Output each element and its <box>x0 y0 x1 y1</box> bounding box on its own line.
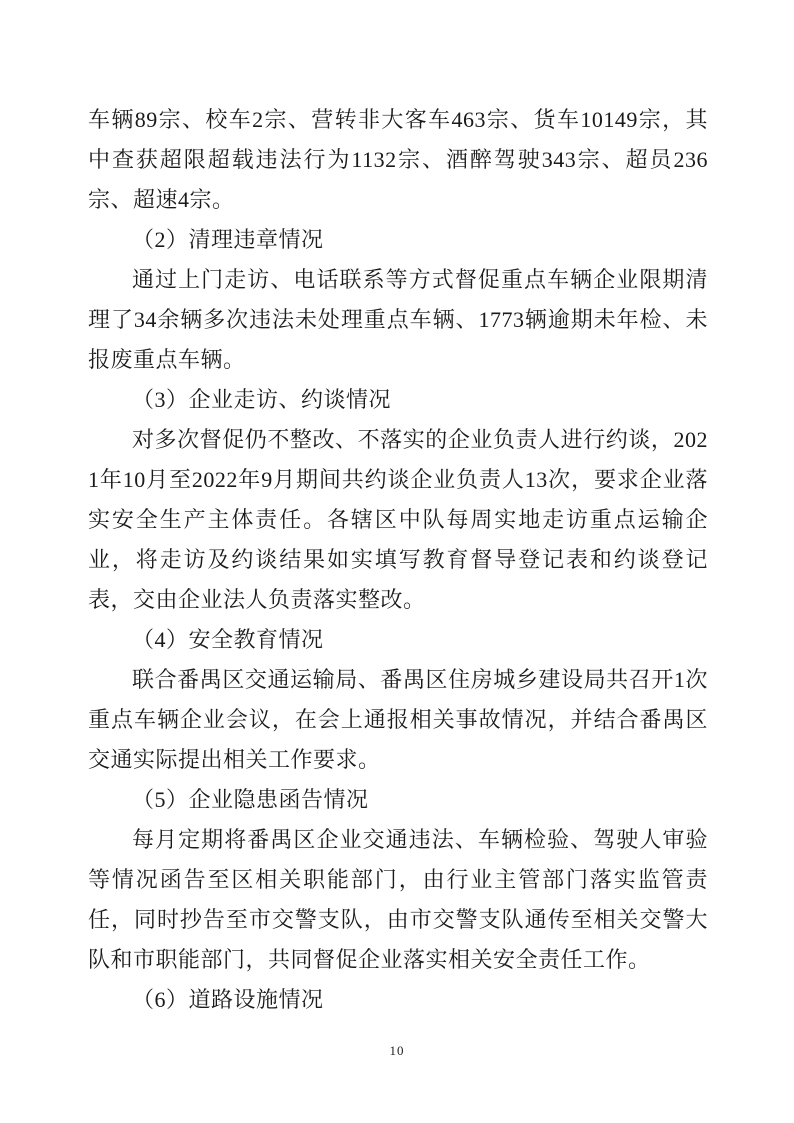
document-body: 车辆89宗、校车2宗、营转非大客车463宗、货车10149宗，其中查获超限超载违… <box>88 100 708 1020</box>
paragraph: 联合番禺区交通运输局、番禺区住房城乡建设局共召开1次重点车辆企业会议，在会上通报… <box>88 660 708 780</box>
paragraph: 对多次督促仍不整改、不落实的企业负责人进行约谈，2021年10月至2022年9月… <box>88 420 708 620</box>
paragraph-continuation: 车辆89宗、校车2宗、营转非大客车463宗、货车10149宗，其中查获超限超载违… <box>88 100 708 220</box>
paragraph: 每月定期将番禺区企业交通违法、车辆检验、驾驶人审验等情况函告至区相关职能部门，由… <box>88 820 708 980</box>
document-page: 车辆89宗、校车2宗、营转非大客车463宗、货车10149宗，其中查获超限超载违… <box>0 0 794 1123</box>
section-heading-4: （4）安全教育情况 <box>88 620 708 660</box>
section-heading-6: （6）道路设施情况 <box>88 980 708 1020</box>
page-number: 10 <box>0 1042 794 1060</box>
section-heading-3: （3）企业走访、约谈情况 <box>88 380 708 420</box>
paragraph: 通过上门走访、电话联系等方式督促重点车辆企业限期清理了34余辆多次违法未处理重点… <box>88 260 708 380</box>
section-heading-2: （2）清理违章情况 <box>88 220 708 260</box>
section-heading-5: （5）企业隐患函告情况 <box>88 780 708 820</box>
